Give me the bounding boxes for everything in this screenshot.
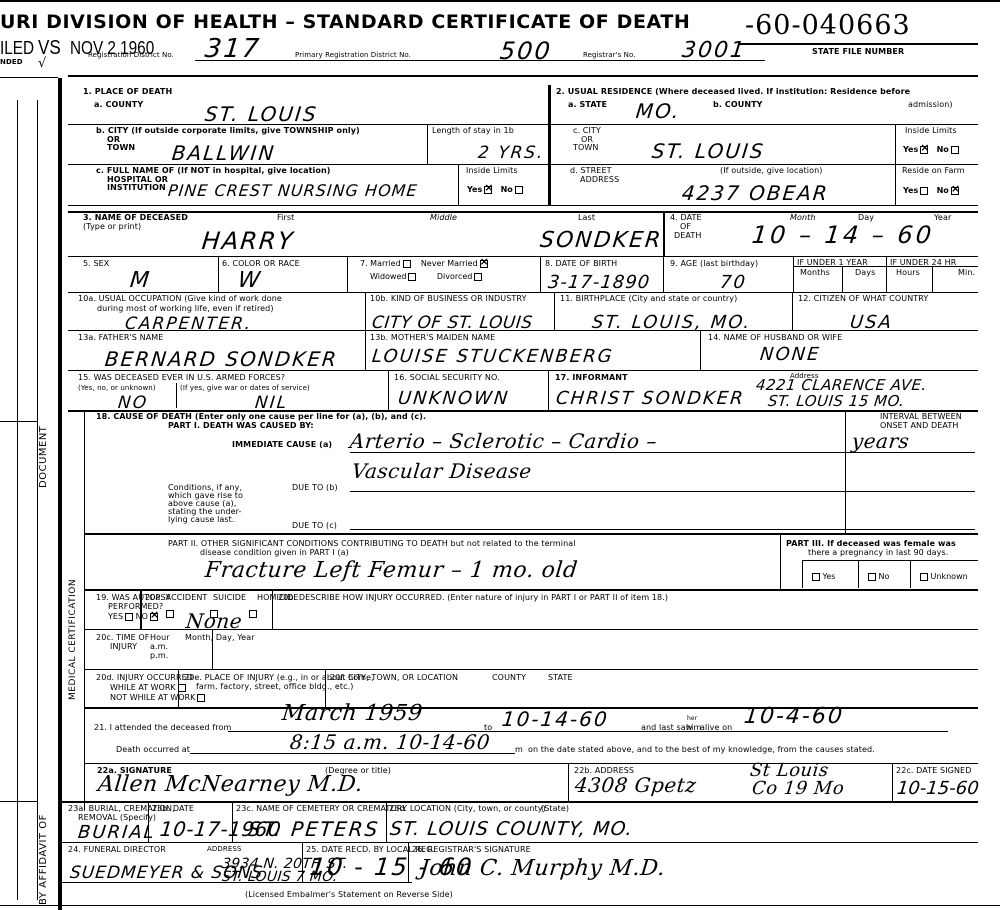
at-work-row: WHILE AT WORK (110, 683, 186, 692)
middle-label: Middle (430, 213, 457, 222)
registrar-label: 26. REGISTRAR'S SIGNATURE (412, 845, 531, 854)
dod-death-label: DEATH (674, 231, 701, 240)
race-value: W (237, 270, 263, 292)
residence-state-value: MO. (635, 100, 682, 122)
dob-label: 8. DATE OF BIRTH (545, 259, 617, 268)
date-of-death-value: 10 – 14 – 60 (751, 224, 935, 246)
pregnancy-yes-checkbox[interactable] (812, 573, 820, 581)
birthplace-label: 11. BIRTHPLACE (City and state or countr… (560, 294, 737, 303)
part1-label: PART I. DEATH WAS CAUSED BY: (168, 421, 314, 430)
time-of-injury-label: 20c. TIME OF (96, 633, 150, 642)
registration-underline (195, 60, 765, 61)
spouse-label: 14. NAME OF HUSBAND OR WIFE (708, 333, 842, 342)
street-hint: (If outside, give location) (720, 166, 822, 175)
cemetery-location-label: 23d. LOCATION (City, town, or county) (389, 804, 546, 813)
registration-district-label: Registration District No. (88, 51, 174, 60)
age-label: 9. AGE (last birthday) (670, 259, 758, 268)
farm-options: Yes No (903, 186, 959, 195)
affidavit-label: BY AFFIDAVIT OF (38, 814, 49, 905)
immediate-cause-value-2: Vascular Disease (351, 460, 533, 482)
rule (548, 370, 549, 410)
rule (892, 763, 893, 801)
no-label: No (879, 572, 890, 581)
rule (427, 124, 428, 164)
pregnancy-no: No (866, 572, 889, 581)
rule (212, 629, 213, 669)
occupation-label: 10a. USUAL OCCUPATION (Give kind of work… (78, 294, 282, 303)
rule (408, 842, 409, 882)
injury-city-label: 20f. CITY, TOWN, OR LOCATION (330, 673, 458, 682)
cause-of-death-label: 18. CAUSE OF DEATH (Enter only one cause… (96, 412, 426, 421)
am-label: a.m. (150, 642, 168, 651)
rule (780, 533, 781, 590)
filed-stamp: ILED (0, 38, 34, 58)
m-label: m (515, 745, 523, 754)
rule (792, 292, 793, 330)
yes-label: Yes (823, 572, 836, 581)
interval-value: years (851, 430, 911, 452)
state-label: a. STATE (568, 100, 607, 109)
occupation-value: CARPENTER. (124, 313, 254, 335)
length-of-stay-value: 2 YRS. (477, 142, 546, 164)
death-city-value: BALLWIN (171, 142, 277, 164)
ssn-label: 16. SOCIAL SECURITY NO. (394, 373, 500, 382)
rule (388, 370, 389, 410)
divorced-label: Divorced (437, 272, 473, 281)
widowed-checkbox[interactable] (408, 273, 416, 281)
last-name-value: SONDKER (539, 230, 664, 252)
rule (365, 292, 366, 330)
primary-district-value: 500 (499, 40, 553, 62)
mother-label: 13b. MOTHER'S MAIDEN NAME (370, 333, 495, 342)
certificate-title: URI DIVISION OF HEALTH – STANDARD CERTIF… (0, 11, 690, 33)
rule (793, 256, 794, 292)
date-signed-label: 22c. DATE SIGNED (896, 766, 971, 775)
accident-checkbox-wrap (164, 603, 174, 622)
rule (842, 266, 843, 292)
rule (62, 882, 412, 883)
admission-label: admission) (908, 100, 953, 109)
rule (568, 763, 569, 801)
inside-limits-label: Inside Limits (466, 166, 518, 175)
rule (68, 164, 548, 165)
father-value: BERNARD SONDKER (104, 348, 339, 370)
injury-state-label: STATE (548, 673, 573, 682)
attended-label: 21. I attended the deceased from (94, 723, 231, 732)
cemetery-label: 23c. NAME OF CEMETERY OR CREMATORY (236, 804, 407, 813)
rule (365, 330, 366, 370)
street-label: d. STREET (570, 166, 612, 175)
residence-city-label: c. CITY (573, 126, 601, 135)
immediate-cause-label: IMMEDIATE CAUSE (a) (232, 440, 332, 449)
homicide-checkbox[interactable] (249, 610, 257, 618)
married-checkbox[interactable] (403, 260, 411, 268)
rule (663, 211, 665, 257)
month-day-year-label: Month, Day, Year (185, 633, 255, 642)
due-to-c-label: DUE TO (c) (292, 521, 337, 530)
pregnancy-unknown-checkbox[interactable] (920, 573, 928, 581)
institution-label: c. FULL NAME OF (If NOT in hospital, giv… (96, 166, 331, 175)
registration-district-value: 317 (204, 38, 262, 60)
rule (68, 330, 978, 331)
part3-hint: there a pregnancy in last 90 days. (808, 548, 948, 557)
farm-yes-checkbox[interactable] (920, 187, 928, 195)
rule (68, 124, 548, 125)
left-margin-bar (58, 78, 62, 910)
rule (272, 589, 273, 629)
rule (84, 763, 978, 764)
death-occurred-line (190, 753, 515, 754)
residence-county-label: b. COUNTY (713, 100, 763, 109)
top-border (0, 0, 1000, 2)
yes-label: YES (108, 612, 123, 621)
physician-signature: Allen McNearney M.D. (97, 774, 364, 796)
residence-inside-yes-checkbox[interactable] (920, 146, 928, 154)
farm-no-checkbox[interactable] (951, 187, 959, 195)
part2-label: PART II. OTHER SIGNIFICANT CONDITIONS CO… (168, 539, 576, 548)
margin-line-1 (17, 100, 18, 900)
dod-label: 4. DATE (670, 213, 702, 222)
due-to-c-line (350, 529, 975, 530)
residence-inside-no-checkbox[interactable] (951, 146, 959, 154)
divorced-checkbox[interactable] (474, 273, 482, 281)
rule (858, 560, 859, 588)
informant-address-line2: ST. LOUIS 15 MO. (767, 390, 906, 412)
year-label: Year (934, 213, 951, 222)
rule (176, 383, 177, 408)
autopsy-yes-checkbox[interactable] (125, 613, 133, 621)
rule (68, 205, 978, 206)
address-label: ADDRESS (580, 175, 619, 184)
usual-residence-label: 2. USUAL RESIDENCE (Where deceased lived… (556, 87, 910, 96)
residence-town-label: TOWN (573, 143, 598, 152)
not-at-work-row: NOT WHILE AT WORK (110, 693, 205, 702)
dob-value: 3-17-1890 (547, 272, 651, 294)
pregnancy-yes: Yes (810, 572, 835, 581)
file-number-underline (738, 43, 978, 45)
rule (551, 164, 978, 165)
immediate-cause-value-1: Arterio – Sclerotic – Cardio – (349, 430, 658, 452)
margin-rule (0, 77, 58, 78)
check-mark-icon: √ (38, 56, 46, 71)
rule (68, 292, 978, 293)
autopsy-no-checkbox[interactable] (150, 613, 158, 621)
sex-label: 5. SEX (83, 259, 109, 268)
pregnancy-no-checkbox[interactable] (868, 573, 876, 581)
mother-value: LOUISE STUCKENBERG (371, 346, 615, 368)
rule (302, 842, 303, 882)
rule (178, 669, 179, 707)
business-label: 10b. KIND OF BUSINESS OR INDUSTRY (370, 294, 527, 303)
date-signed-value: 10-15-60 (896, 778, 980, 800)
father-label: 13a. FATHER'S NAME (78, 333, 163, 342)
rule (148, 801, 149, 842)
rule (540, 256, 541, 292)
her-label: her (687, 714, 697, 723)
no-label: No (937, 186, 949, 195)
margin-tick-2 (0, 801, 37, 802)
months-label: Months (800, 268, 830, 277)
rule (458, 164, 459, 205)
pm-label: p.m. (150, 651, 168, 660)
accident-label: 20a. ACCIDENT (145, 593, 207, 602)
cemetery-value: ST. PETERS (247, 818, 381, 840)
age-value: 70 (719, 272, 748, 294)
pregnancy-unknown: Unknown (918, 572, 968, 581)
dod-of-label: OF (680, 222, 691, 231)
marital-row-1: 7. Married Never Married (360, 259, 488, 268)
registrars-no-label: Registrar's No. (583, 51, 636, 60)
rule (845, 410, 846, 533)
rule (910, 560, 911, 588)
residence-city-value: ST. LOUIS (651, 140, 766, 162)
rule (802, 560, 978, 561)
attended-to-value: 10-14-60 (501, 708, 610, 730)
last-label: Last (578, 213, 595, 222)
last-saw-value: 10-4-60 (743, 706, 845, 728)
margin-line-2 (37, 100, 38, 900)
death-county-value: ST. LOUIS (204, 103, 319, 125)
rule (802, 560, 803, 588)
state-file-number-label: STATE FILE NUMBER (812, 47, 904, 56)
rule (554, 292, 555, 330)
spouse-value: NONE (759, 344, 822, 366)
rule (141, 589, 142, 629)
hour-label: Hour (150, 633, 170, 642)
vs-stamp: VS (38, 38, 61, 58)
funeral-director-label: 24. FUNERAL DIRECTOR (68, 845, 166, 854)
informant-label: 17. INFORMANT (555, 373, 628, 382)
widowed-label: Widowed (370, 272, 406, 281)
attended-from-value: March 1959 (281, 703, 424, 725)
residence-inside-limits-options: Yes No (903, 145, 959, 154)
inside-limits-yes-checkbox[interactable] (484, 186, 492, 194)
rule (62, 842, 978, 843)
war-service-hint: (If yes, give war or dates of service) (180, 384, 310, 393)
residence-inside-limits-label: Inside Limits (905, 126, 957, 135)
not-at-work-checkbox[interactable] (197, 694, 205, 702)
suicide-label: SUICIDE (213, 593, 246, 602)
burial-date-label: 23b. DATE (152, 804, 194, 813)
interval-label-1: INTERVAL BETWEEN (880, 412, 962, 421)
physician-address-3: Co 19 Mo (751, 778, 846, 800)
first-label: First (277, 213, 294, 222)
marital-row-2: Widowed Divorced (370, 272, 482, 281)
length-of-stay-label: Length of stay in 1b (432, 126, 514, 135)
rule (932, 266, 933, 292)
certification-statement: on the date stated above, and to the bes… (528, 745, 875, 754)
not-at-work-label: NOT WHILE AT WORK (110, 693, 195, 702)
physician-address-1: 4308 Gpetz (574, 774, 698, 796)
informant-value: CHRIST SONDKER (555, 388, 746, 410)
form-top-rule (68, 75, 978, 77)
street-address-value: 4237 OBEAR (681, 182, 830, 204)
injury-county-label: COUNTY (492, 673, 526, 682)
institution-sub-label: INSTITUTION (107, 183, 166, 192)
margin-tick-1 (0, 421, 37, 422)
rule (84, 589, 978, 591)
yes-label: Yes (467, 185, 482, 194)
homicide-checkbox-wrap (247, 603, 257, 622)
rule (551, 124, 978, 125)
race-label: 6. COLOR OR RACE (222, 259, 300, 268)
rule (68, 256, 978, 257)
at-work-label: WHILE AT WORK (110, 683, 176, 692)
hours-label: Hours (896, 268, 920, 277)
autopsy-options: YES NO (108, 612, 158, 621)
section-divider (548, 85, 551, 205)
medical-certification-label: MEDICAL CERTIFICATION (68, 579, 78, 700)
part3-label: PART III. If deceased was female was (786, 539, 956, 548)
city-label: b. CITY (If outside corporate limits, gi… (96, 126, 360, 135)
inside-limits-no-checkbox[interactable] (515, 186, 523, 194)
rule (84, 669, 978, 670)
state-file-number: -60-040663 (745, 10, 911, 41)
armed-forces-label: 15. WAS DECEASED EVER IN U.S. ARMED FORC… (78, 373, 285, 382)
bottom-border (0, 905, 1000, 906)
medical-bracket-line (84, 410, 85, 810)
farm-label: Reside on Farm (902, 166, 965, 175)
cemetery-location-value: ST. LOUIS COUNTY, MO. (389, 818, 634, 840)
embalmer-note: (Licensed Embalmer's Statement on Revers… (245, 890, 453, 899)
part2-hint: disease condition given in PART I (a) (200, 548, 349, 557)
injury-label: INJURY (110, 642, 137, 651)
ssn-value: UNKNOWN (397, 388, 511, 410)
cemetery-state-label: (State) (541, 804, 569, 813)
death-occurred-label: Death occurred at (116, 745, 190, 754)
burial-value: BURIAL (77, 822, 157, 844)
name-hint: (Type or print) (83, 222, 141, 231)
rule (68, 211, 978, 213)
rule (218, 256, 219, 292)
rule (84, 533, 978, 535)
county-label: a. COUNTY (94, 100, 143, 109)
document-label: DOCUMENT (38, 426, 49, 488)
days-label: Days (855, 268, 875, 277)
describe-injury-label: 20b. DESCRIBE HOW INJURY OCCURRED. (Ente… (278, 593, 668, 602)
conditions-label-5: lying cause last. (168, 515, 235, 524)
rule (886, 256, 887, 292)
rule (386, 801, 387, 842)
institution-value: PINE CREST NURSING HOME (167, 180, 419, 202)
rule (62, 801, 978, 803)
inside-limits-options: Yes No (467, 185, 523, 194)
rule (232, 801, 233, 842)
amended-stamp: NDED (0, 58, 23, 67)
min-label: Min. (958, 268, 975, 277)
citizen-label: 12. CITIZEN OF WHAT COUNTRY (798, 294, 928, 303)
registrar-signature: John C. Murphy M.D. (419, 858, 666, 880)
no-label: No (501, 185, 513, 194)
never-married-checkbox[interactable] (480, 260, 488, 268)
place-of-death-label: 1. PLACE OF DEATH (83, 87, 172, 96)
due-to-b-label: DUE TO (b) (292, 483, 338, 492)
rule (347, 256, 348, 292)
rule (68, 370, 978, 371)
registrars-no-value: 3001 (681, 40, 747, 62)
never-married-label: Never Married (421, 259, 478, 268)
accident-checkbox[interactable] (166, 610, 174, 618)
first-name-value: HARRY (201, 230, 296, 252)
occupation-hint: during most of working life, even if ret… (97, 304, 274, 313)
due-to-b-line (350, 491, 975, 492)
sex-value: M (129, 270, 152, 292)
death-occurred-value: 8:15 a.m. 10-14-60 (289, 731, 491, 753)
unknown-label: Unknown (931, 572, 968, 581)
primary-district-label: Primary Registration District No. (295, 51, 411, 60)
yes-label: Yes (903, 145, 918, 154)
rule (700, 330, 701, 370)
rule (84, 629, 978, 630)
rule (663, 256, 664, 292)
part2-value: Fracture Left Femur – 1 mo. old (204, 560, 579, 582)
burial-hint: REMOVAL (Specify) (78, 813, 156, 822)
yes-label: Yes (903, 186, 918, 195)
name-label: 3. NAME OF DECEASED (83, 213, 188, 222)
town-label: TOWN (107, 143, 135, 152)
married-label: 7. Married (360, 259, 401, 268)
no-label: No (937, 145, 949, 154)
place-of-injury-hint: farm, factory, street, office bldg., etc… (196, 682, 354, 691)
